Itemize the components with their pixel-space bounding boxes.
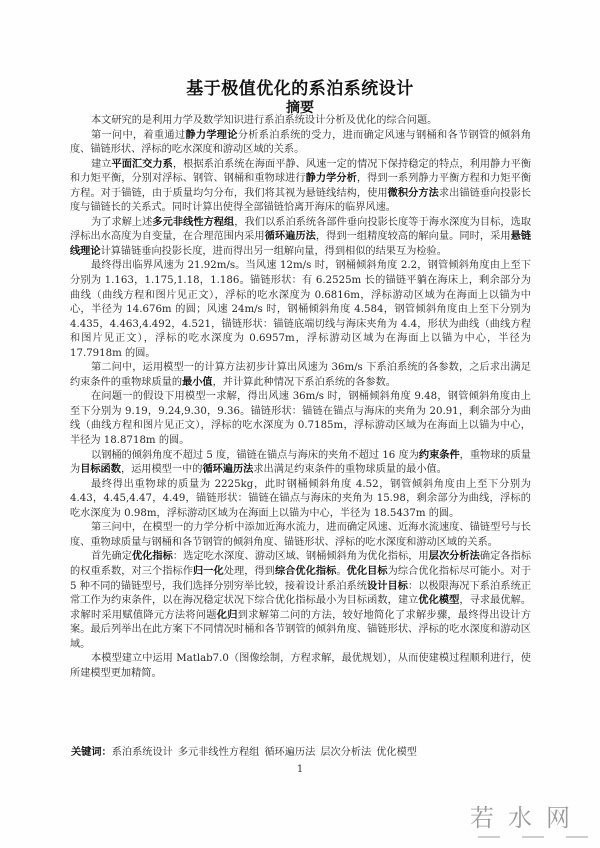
- text-run: 最终得出重物球的质量为 2225kg，此时钢桶倾斜角度 4.52，钢管倾斜角度由…: [70, 479, 531, 519]
- text-run: ，运用模型一中的: [121, 464, 203, 475]
- text-run: 在问题一的假设下用模型一求解，得出风速 36m/s 时，钢桶倾斜角度 9.48，…: [70, 391, 531, 446]
- bold-term: 最小值: [182, 377, 213, 388]
- text-run: 处理，得到: [224, 566, 275, 577]
- text-run: 计算锚链垂向投影长度，进而得出另一组解向量，得到相似的结果互为检验。: [101, 246, 447, 257]
- text-run: 第一问中，着重通过: [91, 130, 185, 141]
- bold-term: 化归: [217, 610, 238, 621]
- bold-term: 设计目标: [367, 581, 408, 592]
- watermark-logo: 若水网: [470, 798, 590, 833]
- abstract-paragraph: 为了求解上述多元非线性方程组，我们以系泊系统各部件垂向投影长度等于海水深度为目标…: [70, 216, 531, 260]
- bold-term: 微积分方法: [388, 188, 439, 199]
- text-run: ，并计算此种情况下系泊系统的各参数。: [213, 377, 396, 388]
- keywords-list: 系泊系统设计多元非线性方程组循环遍历法层次分析法优化模型: [112, 747, 422, 758]
- bold-term: 优化模型: [418, 595, 459, 606]
- bold-term: 静力学分析: [306, 173, 357, 184]
- abstract-paragraph: 首先确定优化指标：选定吃水深度、游动区域、钢桶倾斜角为优化指标，用层次分析法确定…: [70, 550, 531, 652]
- document-page: 基于极值优化的系泊系统设计 摘要 本文研究的是利用力学及数学知识进行系泊系统设计…: [0, 0, 600, 848]
- bold-term: 多元非线性方程组: [152, 217, 234, 228]
- text-run: ：选定吃水深度、游动区域、钢桶倾斜角为优化指标，用: [173, 551, 429, 562]
- text-run: 以钢桶的倾斜角度不超过 5 度，锚链在锚点与海床的夹角不超过 16 度为: [91, 450, 419, 461]
- abstract-paragraph: 第一问中，着重通过静力学理论分析系泊系统的受力，进而确定风速与钢桶和各节钢管的倾…: [70, 129, 531, 158]
- text-run: 。: [336, 566, 346, 577]
- abstract-body: 本文研究的是利用力学及数学知识进行系泊系统设计分析及优化的综合问题。第一问中，着…: [70, 114, 531, 681]
- abstract-paragraph: 本模型建立中运用 Matlab7.0（图像绘制，方程求解，最优规划），从而使建模…: [70, 652, 531, 681]
- abstract-paragraph: 最终得出临界风速为 21.92m/s。当风速 12m/s 时，钢桶倾斜角度 2.…: [70, 259, 531, 361]
- bold-term: 平面汇交力系: [111, 159, 172, 170]
- bold-term: 优化指标: [132, 551, 173, 562]
- page-number: 1: [0, 764, 600, 775]
- keyword: 优化模型: [376, 747, 417, 758]
- bold-term: 静力学理论: [185, 130, 237, 141]
- text-run: ，得到一组精度较高的解向量。同时，采用: [316, 231, 511, 242]
- watermark-subtext: [478, 836, 588, 839]
- abstract-paragraph: 最终得出重物球的质量为 2225kg，此时钢桶倾斜角度 4.52，钢管倾斜角度由…: [70, 478, 531, 522]
- keyword: 多元非线性方程组: [178, 747, 260, 758]
- bold-term: 归一化: [193, 566, 224, 577]
- bold-term: 循环遍历法: [265, 231, 316, 242]
- text-run: 本文研究的是利用力学及数学知识进行系泊系统设计分析及优化的综合问题。: [91, 115, 437, 126]
- text-run: 本模型建立中运用 Matlab7.0（图像绘制，方程求解，最优规划），从而使建模…: [70, 653, 531, 679]
- text-run: 建立: [91, 159, 111, 170]
- keywords-line: 关键词：系泊系统设计多元非线性方程组循环遍历法层次分析法优化模型: [71, 746, 531, 760]
- abstract-paragraph: 本文研究的是利用力学及数学知识进行系泊系统设计分析及优化的综合问题。: [70, 114, 531, 129]
- bold-term: 目标函数: [80, 464, 121, 475]
- bold-term: 层次分析法: [429, 551, 480, 562]
- keywords-label: 关键词：: [71, 747, 112, 758]
- text-run: 求出满足约束条件的重物球质量的最小值。: [253, 464, 447, 475]
- abstract-paragraph: 以钢桶的倾斜角度不超过 5 度，锚链在锚点与海床的夹角不超过 16 度为约束条件…: [70, 449, 531, 478]
- text-run: 第三问中，在模型一的力学分析中添加近海水流力，进而确定风速、近海水流速度、锚链型…: [70, 522, 531, 548]
- keyword: 系泊系统设计: [112, 747, 173, 758]
- abstract-paragraph: 建立平面汇交力系，根据系泊系统在海面平静、风速一定的情况下保持稳定的特点，利用静…: [70, 158, 531, 216]
- text-run: 首先确定: [91, 551, 132, 562]
- abstract-paragraph: 第三问中，在模型一的力学分析中添加近海水流力，进而确定风速、近海水流速度、锚链型…: [70, 521, 531, 550]
- bold-term: 约束条件: [419, 450, 460, 461]
- abstract-paragraph: 第二问中，运用模型一的计算方法初步计算出风速为 36m/s 下系泊系统的各参数，…: [70, 361, 531, 390]
- bold-term: 综合优化指标: [275, 566, 336, 577]
- text-run: 最终得出临界风速为 21.92m/s。当风速 12m/s 时，钢桶倾斜角度 2.…: [70, 260, 531, 358]
- document-title: 基于极值优化的系泊系统设计: [0, 74, 600, 99]
- bold-term: 优化目标: [347, 566, 388, 577]
- bold-term: 循环遍历法: [202, 464, 253, 475]
- text-run: 为了求解上述: [91, 217, 152, 228]
- keyword: 循环遍历法: [264, 747, 315, 758]
- keyword: 层次分析法: [320, 747, 371, 758]
- abstract-paragraph: 在问题一的假设下用模型一求解，得出风速 36m/s 时，钢桶倾斜角度 9.48，…: [70, 390, 531, 448]
